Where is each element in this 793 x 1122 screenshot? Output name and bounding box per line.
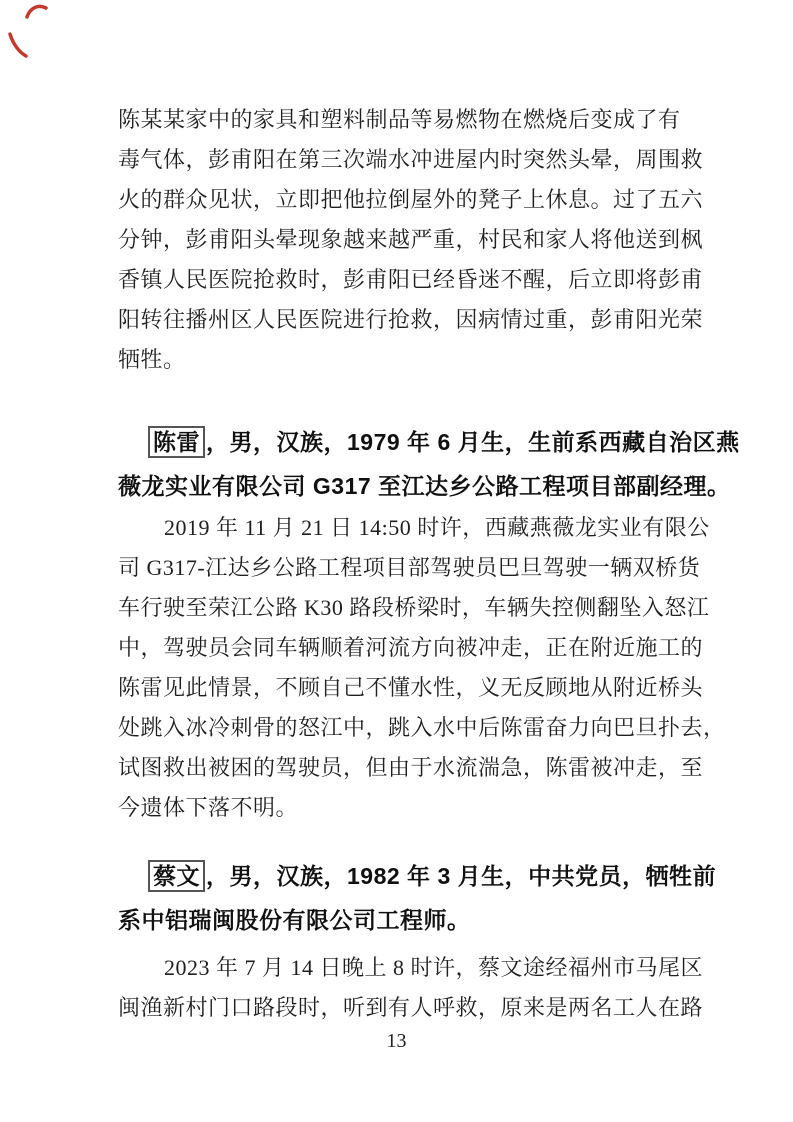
text-line: 司 G317-江达乡公路工程项目部驾驶员巴旦驾驶一辆双桥货: [118, 548, 678, 588]
page-number: 13: [0, 1030, 793, 1053]
text-line: 陈某某家中的家具和塑料制品等易燃物在燃烧后变成了有: [118, 100, 678, 140]
text-line: 2023 年 7 月 14 日晚上 8 时许，蔡文途经福州市马尾区: [118, 948, 678, 988]
document-body: 陈某某家中的家具和塑料制品等易燃物在燃烧后变成了有 毒气体，彭甫阳在第三次端水冲…: [118, 100, 678, 1028]
heading-text: ，男，汉族，1979 年 6 月生，生前系西藏自治区燕: [206, 429, 740, 455]
paragraph-penfuyang: 陈某某家中的家具和塑料制品等易燃物在燃烧后变成了有 毒气体，彭甫阳在第三次端水冲…: [118, 100, 678, 380]
text-line: 处跳入冰冷刺骨的怒江中，跳入水中后陈雷奋力向巴旦扑去，: [118, 708, 678, 748]
text-line: 火的群众见状，立即把他拉倒屋外的凳子上休息。过了五六: [118, 180, 678, 220]
text-line: 毒气体，彭甫阳在第三次端水冲进屋内时突然头晕，周围救: [118, 140, 678, 180]
text-line: 2019 年 11 月 21 日 14:50 时许，西藏燕薇龙实业有限公: [118, 508, 678, 548]
text-line: 试图救出被困的驾驶员，但由于水流湍急，陈雷被冲走，至: [118, 748, 678, 788]
heading-caiwen: 蔡文，男，汉族，1982 年 3 月生，中共党员，牺牲前 系中铝瑞闽股份有限公司…: [118, 854, 678, 942]
heading-line: 蔡文，男，汉族，1982 年 3 月生，中共党员，牺牲前: [118, 854, 678, 898]
heading-chenlei: 陈雷，男，汉族，1979 年 6 月生，生前系西藏自治区燕 薇龙实业有限公司 G…: [118, 420, 678, 508]
text-line: 陈雷见此情景，不顾自己不懂水性，义无反顾地从附近桥头: [118, 668, 678, 708]
text-line: 中，驾驶员会同车辆顺着河流方向被冲走，正在附近施工的: [118, 628, 678, 668]
paragraph-chenlei-story: 2019 年 11 月 21 日 14:50 时许，西藏燕薇龙实业有限公 司 G…: [118, 508, 678, 828]
boxed-name-chenlei: 陈雷: [148, 426, 205, 458]
boxed-name-caiwen: 蔡文: [148, 860, 205, 892]
document-page: 陈某某家中的家具和塑料制品等易燃物在燃烧后变成了有 毒气体，彭甫阳在第三次端水冲…: [0, 0, 793, 1122]
text-line: 阳转往播州区人民医院进行抢救，因病情过重，彭甫阳光荣: [118, 300, 678, 340]
heading-line: 薇龙实业有限公司 G317 至江达乡公路工程项目部副经理。: [118, 464, 678, 508]
text-line: 今遗体下落不明。: [118, 788, 678, 828]
paragraph-caiwen-story: 2023 年 7 月 14 日晚上 8 时许，蔡文途经福州市马尾区 闽渔新村门口…: [118, 948, 678, 1028]
text-line: 车行驶至荣江公路 K30 路段桥梁时，车辆失控侧翻坠入怒江: [118, 588, 678, 628]
heading-line: 陈雷，男，汉族，1979 年 6 月生，生前系西藏自治区燕: [118, 420, 678, 464]
text-line: 分钟，彭甫阳头晕现象越来越严重，村民和家人将他送到枫: [118, 220, 678, 260]
heading-line: 系中铝瑞闽股份有限公司工程师。: [118, 898, 678, 942]
text-line: 牺牲。: [118, 340, 678, 380]
text-line: 香镇人民医院抢救时，彭甫阳已经昏迷不醒，后立即将彭甫: [118, 260, 678, 300]
red-pen-mark: [0, 0, 70, 70]
heading-text: ，男，汉族，1982 年 3 月生，中共党员，牺牲前: [206, 863, 716, 889]
text-line: 闽渔新村门口路段时，听到有人呼救，原来是两名工人在路: [118, 988, 678, 1028]
